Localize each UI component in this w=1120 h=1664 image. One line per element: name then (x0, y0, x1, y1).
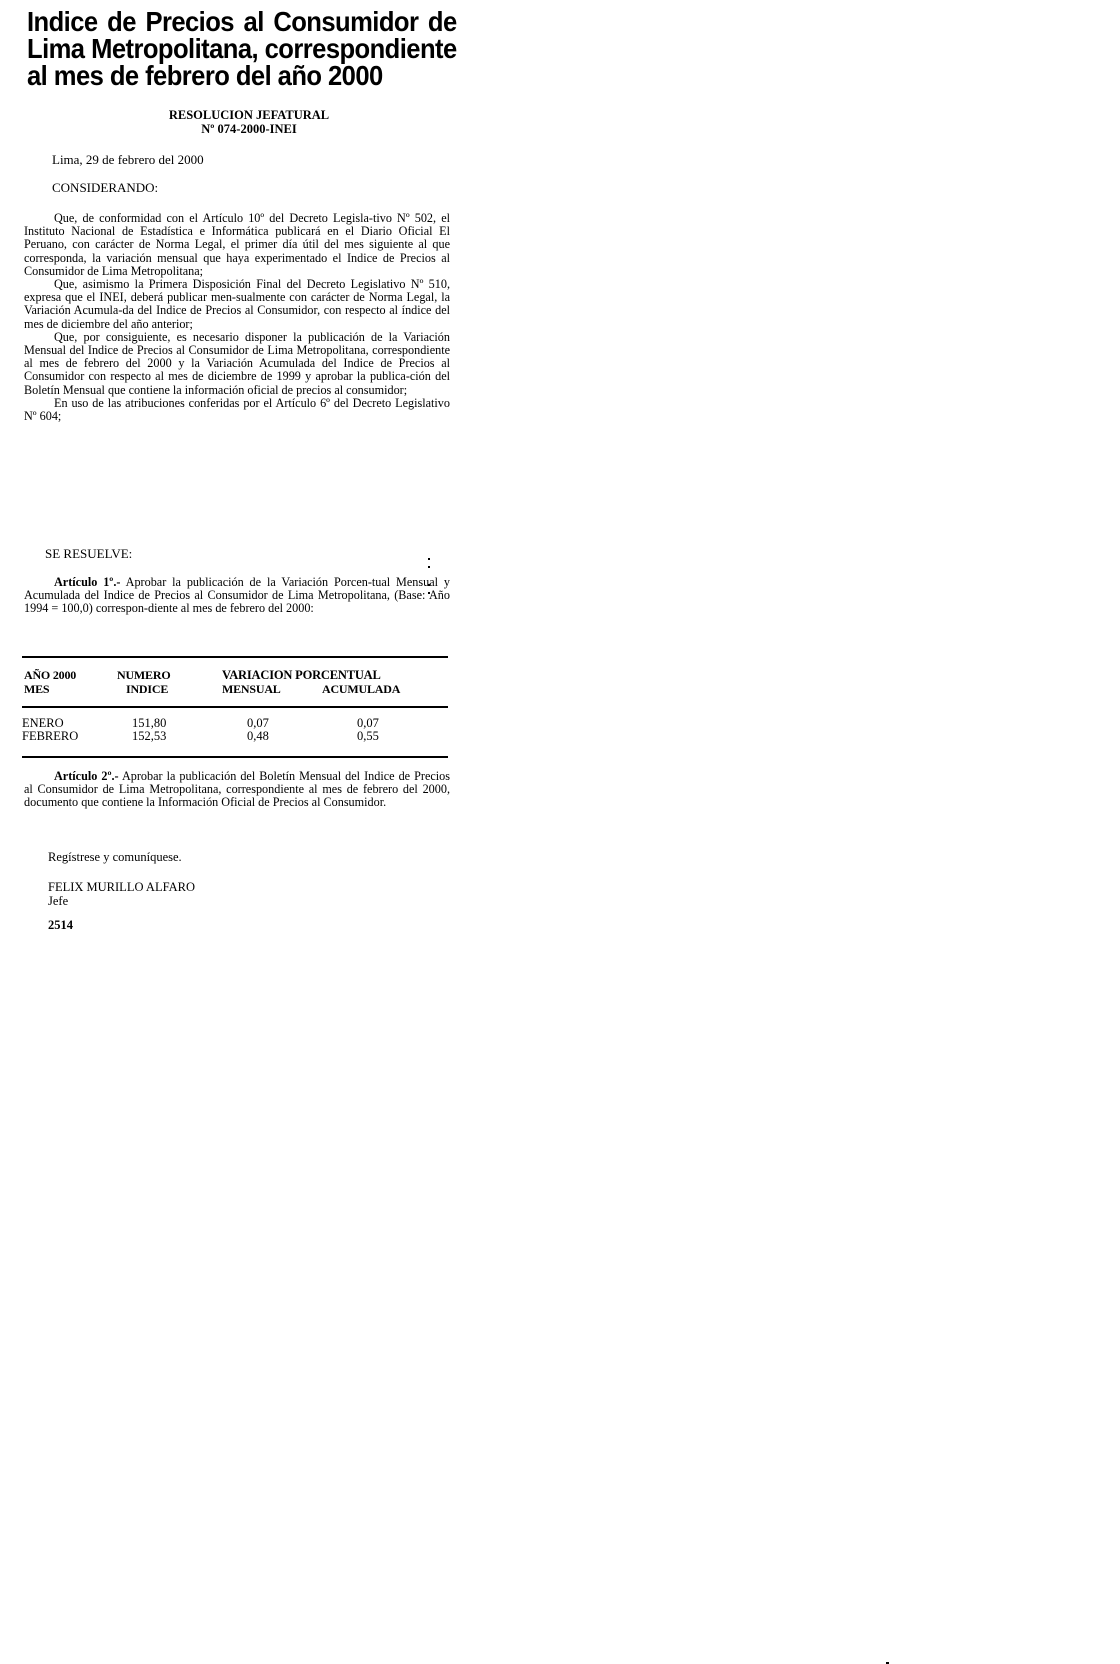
resolution-heading: RESOLUCION JEFATURAL Nº 074-2000-INEI (22, 108, 450, 136)
header-mes: MES (24, 682, 49, 697)
header-variacion: VARIACION PORCENTUAL (222, 668, 381, 683)
cpi-table: AÑO 2000 MES NUMERO INDICE VARIACION POR… (22, 656, 448, 758)
table-header-rule (22, 706, 448, 708)
considerando-paragraph: Que, asimismo la Primera Disposición Fin… (24, 278, 450, 331)
cell-acumulada: 0,55 (357, 729, 379, 744)
considerando-paragraph: En uso de las atribuciones conferidas po… (24, 397, 450, 423)
articulo-1: Artículo 1º.- Aprobar la publicación de … (24, 576, 450, 616)
scan-speck (428, 558, 430, 560)
resolution-type: RESOLUCION JEFATURAL (22, 108, 450, 122)
table-body: ENERO 151,80 0,07 0,07 FEBRERO 152,53 0,… (22, 716, 448, 756)
resolution-number: Nº 074-2000-INEI (22, 122, 450, 136)
cell-indice: 152,53 (132, 729, 166, 744)
cell-mensual: 0,48 (247, 729, 269, 744)
header-numero: NUMERO (117, 668, 170, 683)
header-acumulada: ACUMULADA (322, 682, 400, 697)
title-line-2: Lima Metropolitana, correspondiente (27, 35, 457, 62)
scan-speck (428, 566, 430, 568)
articulo-2-label: Artículo 2º.- (54, 769, 119, 783)
document-title: Indice de Precios al Consumidor de Lima … (27, 8, 427, 89)
table-bottom-rule (22, 756, 448, 758)
header-year: AÑO 2000 (24, 668, 76, 683)
articulo-1-label: Artículo 1º.- (54, 575, 120, 589)
table-row: FEBRERO 152,53 0,48 0,55 (22, 729, 448, 742)
se-resuelve-label: SE RESUELVE: (45, 546, 132, 562)
table-header: AÑO 2000 MES NUMERO INDICE VARIACION POR… (22, 658, 448, 706)
signature-block: FELIX MURILLO ALFARO Jefe (48, 880, 195, 908)
articulo-2: Artículo 2º.- Aprobar la publicación del… (24, 770, 450, 810)
scan-speck (428, 584, 430, 586)
page-reference: 2514 (48, 918, 73, 933)
header-mensual: MENSUAL (222, 682, 281, 697)
table-row: ENERO 151,80 0,07 0,07 (22, 716, 448, 729)
considerando-paragraph: Que, por consiguiente, es necesario disp… (24, 331, 450, 397)
signatory-name: FELIX MURILLO ALFARO (48, 880, 195, 894)
considerando-label: CONSIDERANDO: (52, 180, 158, 196)
title-line-3: al mes de febrero del año 2000 (27, 62, 427, 89)
cell-mes: FEBRERO (22, 729, 78, 744)
signatory-title: Jefe (48, 894, 195, 908)
place-date: Lima, 29 de febrero del 2000 (52, 152, 204, 168)
header-indice: INDICE (126, 682, 168, 697)
closing-formula: Regístrese y comuníquese. (48, 850, 182, 865)
considerando-paragraph: Que, de conformidad con el Artículo 10º … (24, 212, 450, 278)
scan-speck (428, 592, 430, 594)
title-line-1: Indice de Precios al Consumidor de (27, 8, 457, 35)
considerando-body: Que, de conformidad con el Artículo 10º … (24, 212, 450, 423)
